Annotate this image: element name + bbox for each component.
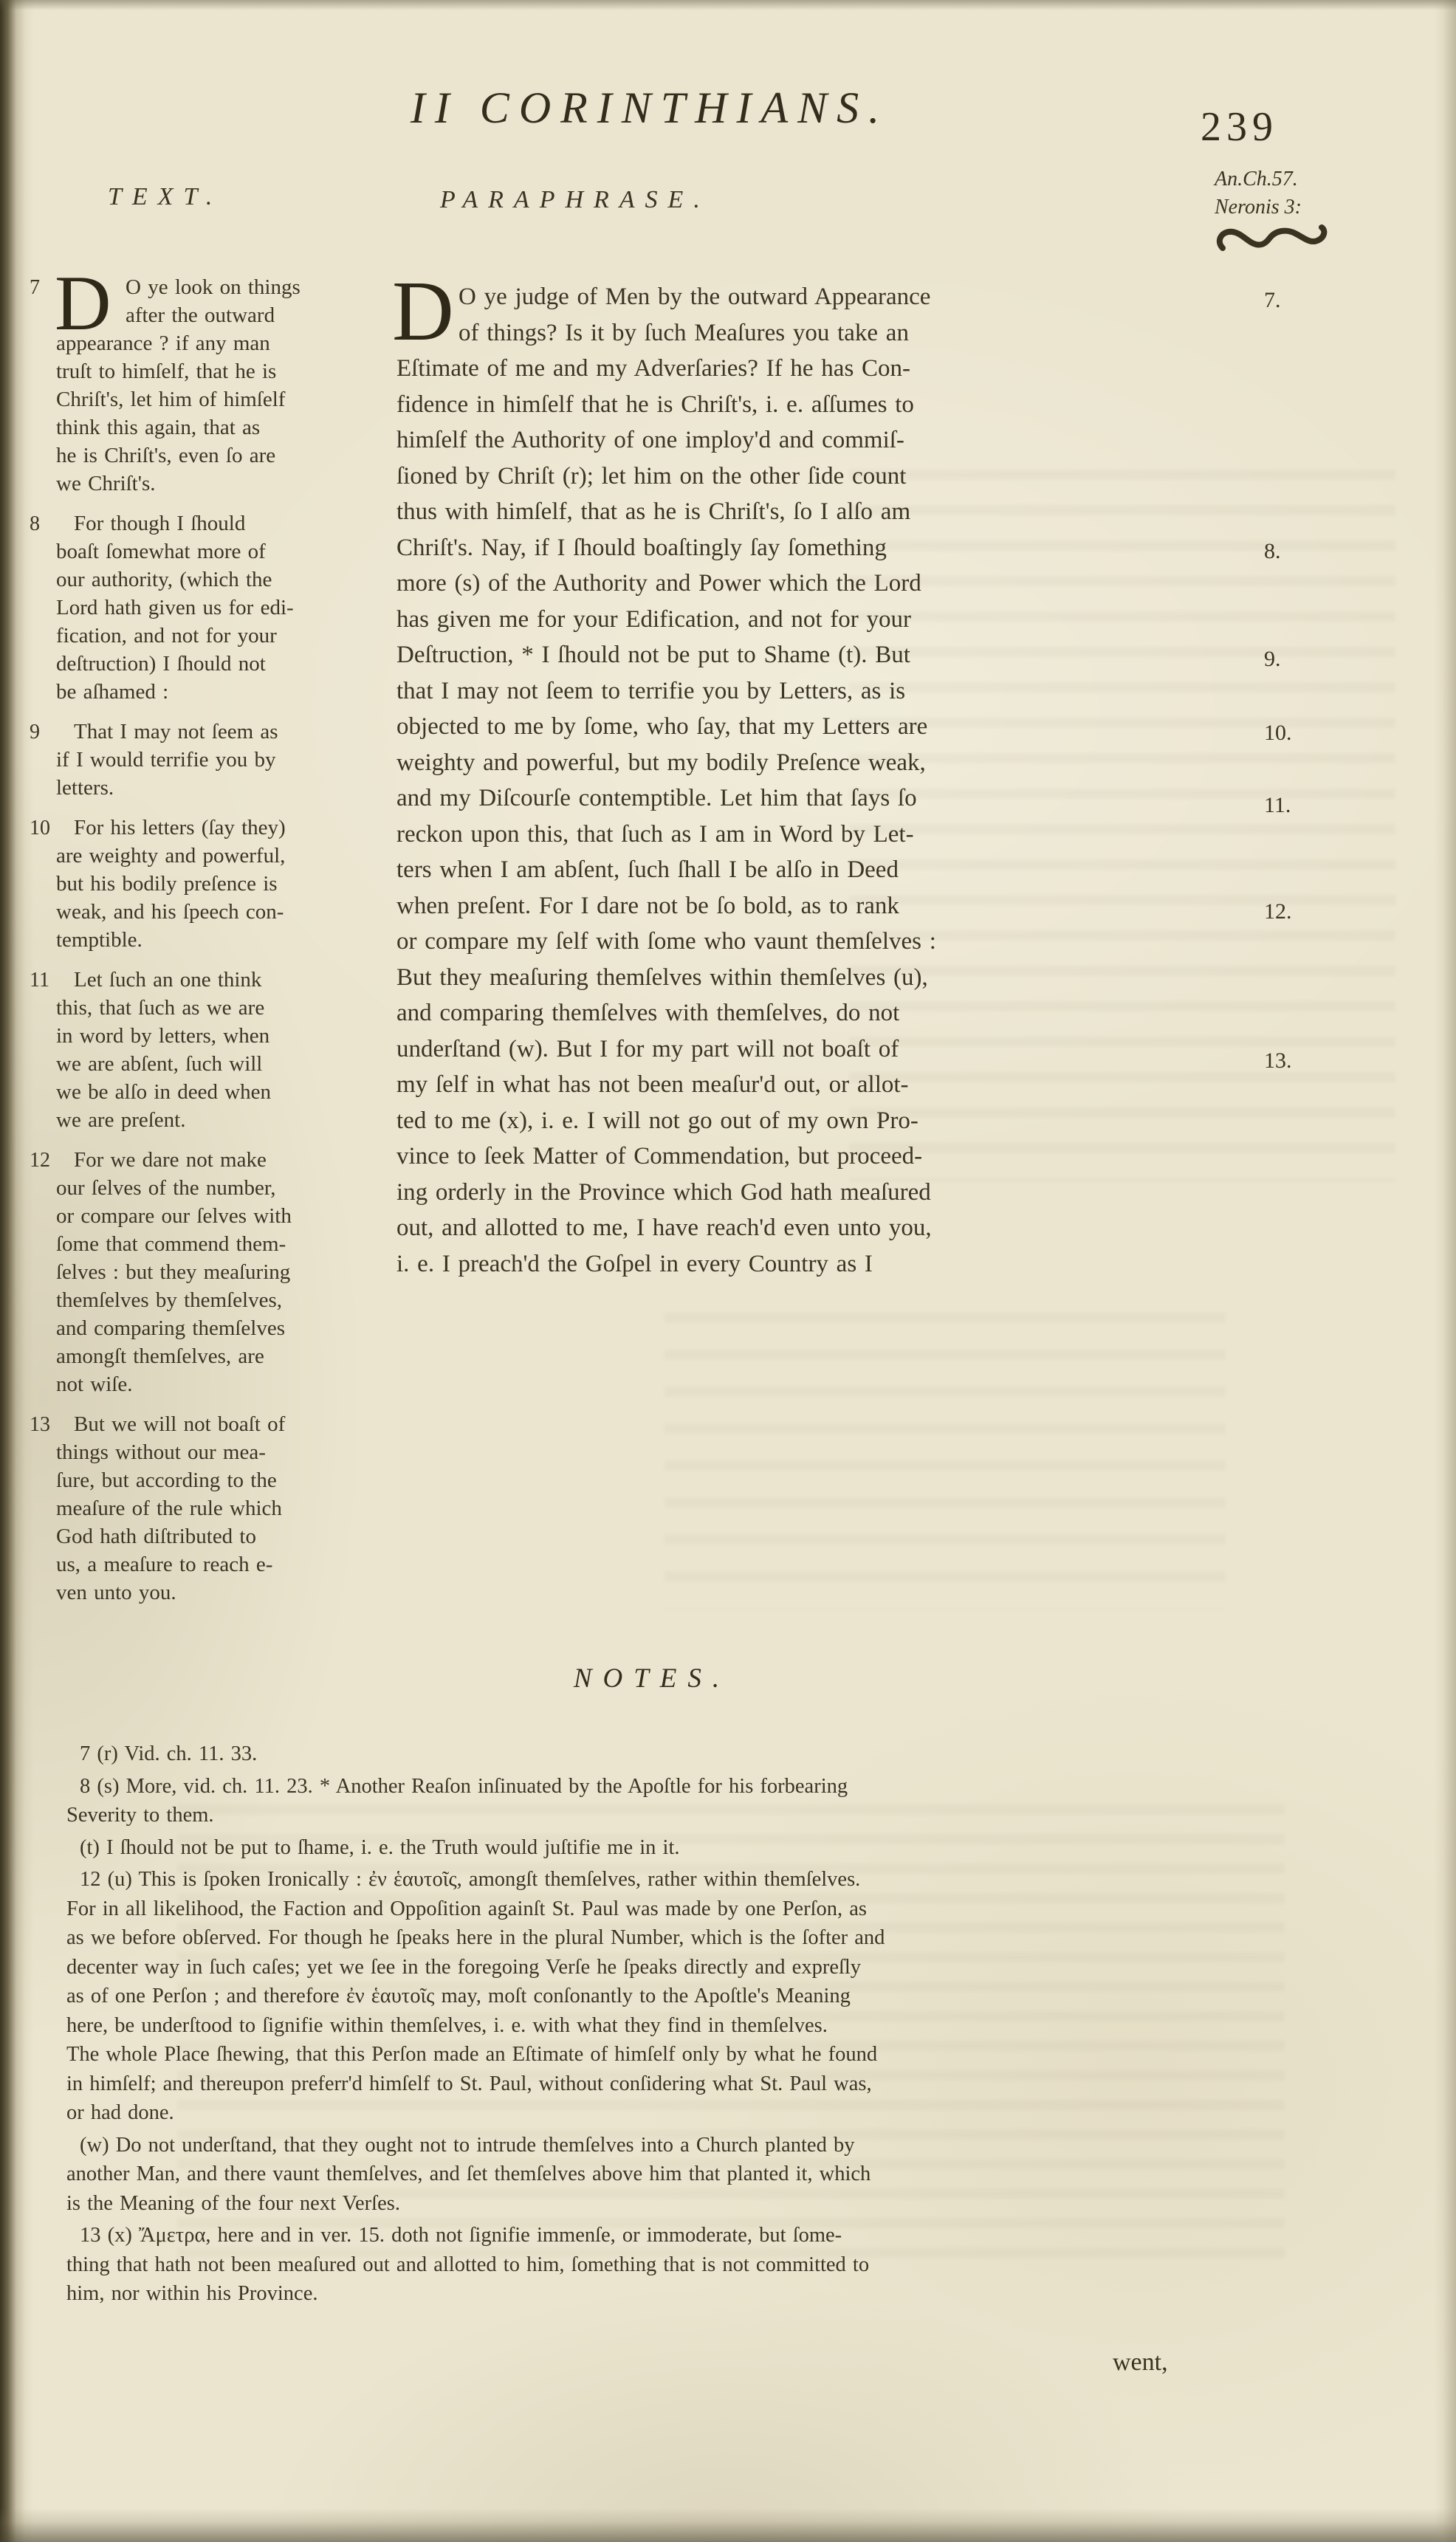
text-line: he is Chriſt's, even ſo are <box>56 442 354 470</box>
verse-10: 10 For his letters (ſay they)are weighty… <box>56 814 354 954</box>
text-line: we be alſo in deed when <box>56 1078 354 1106</box>
text-line: 13 (x) Ἄμετρα, here and in ver. 15. doth… <box>66 2221 1318 2250</box>
note-lines: (t) I ſhould not be put to ſhame, i. e. … <box>66 1833 1318 1863</box>
text-line: my ſelf in what has not been meaſur'd ou… <box>396 1067 1142 1103</box>
text-line: O ye look on things <box>126 273 354 301</box>
notes-heading: NOTES. <box>504 1663 800 1694</box>
margin-note-line: Neronis 3: <box>1215 193 1302 221</box>
text-line: weighty and powerful, but my bodily Preſ… <box>396 745 1142 781</box>
text-line: we are preſent. <box>56 1106 354 1134</box>
text-line: as of one Perſon ; and therefore ἐν ἑαυτ… <box>66 1982 1318 2011</box>
text-line: that I may not ſeem to terrifie you by L… <box>396 673 1142 710</box>
verse-8: 8 For though I ſhouldboaſt ſomewhat more… <box>56 509 354 706</box>
text-line: Deſtruction, * I ſhould not be put to Sh… <box>396 637 1142 673</box>
note-lines: 7 (r) Vid. ch. 11. 33. <box>66 1739 1318 1769</box>
paraphrase-column-heading: PARAPHRASE. <box>440 186 710 214</box>
verse-lines: For his letters (ſay they)are weighty an… <box>56 814 354 954</box>
text-line: and my Diſcourſe contemptible. Let him t… <box>396 780 1142 817</box>
verse-11: 11 Let ſuch an one thinkthis, that ſuch … <box>56 966 354 1134</box>
verse-9: 9 That I may not ſeem asif I would terri… <box>56 718 354 802</box>
text-line: 8 (s) More, vid. ch. 11. 23. * Another R… <box>66 1772 1318 1801</box>
text-line: us, a meaſure to reach e- <box>56 1550 354 1579</box>
text-line: another Man, and there vaunt themſelves,… <box>66 2160 1318 2189</box>
text-line: or had done. <box>66 2098 1318 2128</box>
text-line: For we dare not make <box>56 1146 354 1174</box>
text-line: Severity to them. <box>66 1801 1318 1830</box>
verse-lines: For we dare not makeour ſelves of the nu… <box>56 1146 354 1398</box>
note-entry-u: 12 (u) This is ſpoken Ironically : ἐν ἑα… <box>66 1865 1318 2128</box>
text-line: themſelves by themſelves, <box>56 1286 354 1314</box>
text-line: For though I ſhould <box>56 509 354 537</box>
text-line: himſelf the Authority of one imploy'd an… <box>396 422 1142 458</box>
margin-verse-number: 13. <box>1264 1048 1292 1074</box>
text-line: vince to ſeek Matter of Commendation, bu… <box>396 1138 1142 1175</box>
verse-12: 12 For we dare not makeour ſelves of the… <box>56 1146 354 1398</box>
running-title: II CORINTHIANS. <box>295 83 1004 134</box>
scan-edge-shadow-left <box>0 0 34 2542</box>
text-line: (t) I ſhould not be put to ſhame, i. e. … <box>66 1833 1318 1863</box>
verse-7: 7 D O ye look on thingsafter the outward… <box>56 273 354 498</box>
text-line: more (s) of the Authority and Power whic… <box>396 566 1142 602</box>
text-line: or compare my ſelf with ſome who vaunt t… <box>396 924 1142 960</box>
text-line: of things? Is it by ſuch Meaſures you ta… <box>459 315 1142 351</box>
text-line: in word by letters, when <box>56 1022 354 1050</box>
text-line: ing orderly in the Province which God ha… <box>396 1175 1142 1211</box>
text-line: God hath diſtributed to <box>56 1522 354 1550</box>
text-line: But we will not boaſt of <box>56 1410 354 1438</box>
note-lines: 8 (s) More, vid. ch. 11. 23. * Another R… <box>66 1772 1318 1830</box>
text-line: temptible. <box>56 926 354 954</box>
flourish-squiggle-icon <box>1215 221 1330 255</box>
scan-edge-shadow-top <box>0 0 1456 10</box>
text-line: our authority, (which the <box>56 566 354 594</box>
scan-edge-shadow-right <box>1434 0 1456 2542</box>
note-entry-x: 13 (x) Ἄμετρα, here and in ver. 15. doth… <box>66 2221 1318 2309</box>
note-lines: 12 (u) This is ſpoken Ironically : ἐν ἑα… <box>66 1865 1318 2128</box>
paraphrase-lines: O ye judge of Men by the outward Appeara… <box>396 279 1142 1282</box>
text-line: be aſhamed : <box>56 678 354 706</box>
text-line: things without our mea- <box>56 1438 354 1466</box>
text-line: we Chriſt's. <box>56 470 354 498</box>
book-page-scan: II CORINTHIANS. 239 An.Ch.57. Neronis 3:… <box>0 0 1456 2542</box>
text-line: ted to me (x), i. e. I will not go out o… <box>396 1103 1142 1139</box>
text-column-heading: TEXT. <box>108 183 222 211</box>
note-entry-t: (t) I ſhould not be put to ſhame, i. e. … <box>66 1833 1318 1863</box>
drop-cap: D <box>392 281 454 343</box>
note-entry-w: (w) Do not underſtand, that they ought n… <box>66 2131 1318 2219</box>
text-line: decenter way in ſuch caſes; yet we ſee i… <box>66 1953 1318 1982</box>
text-line: Lord hath given us for edi- <box>56 594 354 622</box>
text-line: ters when I am abſent, ſuch ſhall I be a… <box>396 852 1142 888</box>
verse-lines: But we will not boaſt ofthings without o… <box>56 1410 354 1607</box>
text-line: is the Meaning of the four next Verſes. <box>66 2189 1318 2219</box>
text-line: Let ſuch an one think <box>56 966 354 994</box>
text-line: has given me for your Edification, and n… <box>396 602 1142 638</box>
text-line: boaſt ſomewhat more of <box>56 537 354 566</box>
scan-edge-shadow-bottom <box>0 2508 1456 2542</box>
text-line: out, and allotted to me, I have reach'd … <box>396 1210 1142 1246</box>
bleed-through-texture <box>665 1299 1226 1610</box>
verse-lines: Let ſuch an one thinkthis, that ſuch as … <box>56 966 354 1134</box>
note-entry-s: 8 (s) More, vid. ch. 11. 23. * Another R… <box>66 1772 1318 1830</box>
text-line: him, nor within his Province. <box>66 2279 1318 2309</box>
text-line: or compare our ſelves with <box>56 1202 354 1230</box>
text-line: underſtand (w). But I for my part will n… <box>396 1031 1142 1068</box>
text-line: as we before obſerved. For though he ſpe… <box>66 1923 1318 1953</box>
text-line: ſome that commend them- <box>56 1230 354 1258</box>
text-line: thing that hath not been meaſured out an… <box>66 2250 1318 2280</box>
text-line: 7 (r) Vid. ch. 11. 33. <box>66 1739 1318 1769</box>
margin-verse-number: 7. <box>1264 288 1281 313</box>
text-line: after the outward <box>126 301 354 329</box>
scripture-text-column: 7 D O ye look on thingsafter the outward… <box>56 273 354 1618</box>
text-line: meaſure of the rule which <box>56 1494 354 1522</box>
text-line: deſtruction) I ſhould not <box>56 650 354 678</box>
text-line: The whole Place ſhewing, that this Perſo… <box>66 2040 1318 2069</box>
margin-verse-number: 10. <box>1264 721 1292 746</box>
text-line: thus with himſelf, that as he is Chriſt'… <box>396 494 1142 530</box>
page-number: 239 <box>1201 103 1278 151</box>
text-line: But they meaſuring themſelves within the… <box>396 960 1142 996</box>
text-line: For in all likelihood, the Faction and O… <box>66 1895 1318 1924</box>
verse-13: 13 But we will not boaſt ofthings withou… <box>56 1410 354 1607</box>
margin-verse-number: 8. <box>1264 539 1281 564</box>
text-line: our ſelves of the number, <box>56 1174 354 1202</box>
verse-lines: For though I ſhouldboaſt ſomewhat more o… <box>56 509 354 706</box>
text-line: truſt to himſelf, that he is <box>56 357 354 385</box>
catchword: went, <box>1113 2349 1168 2377</box>
text-line: reckon upon this, that ſuch as I am in W… <box>396 817 1142 853</box>
text-line: when preſent. For I dare not be ſo bold,… <box>396 888 1142 924</box>
verse-lines: That I may not ſeem asif I would terrifi… <box>56 718 354 802</box>
text-line: are weighty and powerful, <box>56 842 354 870</box>
text-line: weak, and his ſpeech con- <box>56 898 354 926</box>
text-line: ſelves : but they meaſuring <box>56 1258 354 1286</box>
margin-note-line: An.Ch.57. <box>1215 165 1302 193</box>
text-line: think this again, that as <box>56 413 354 442</box>
text-line: not wiſe. <box>56 1370 354 1398</box>
text-line: i. e. I preach'd the Goſpel in every Cou… <box>396 1246 1142 1282</box>
paraphrase-column: D O ye judge of Men by the outward Appea… <box>396 279 1142 1282</box>
text-line: here, be underſtood to ſignifie within t… <box>66 2011 1318 2041</box>
text-line: we are abſent, ſuch will <box>56 1050 354 1078</box>
date-margin-note: An.Ch.57. Neronis 3: <box>1215 165 1302 221</box>
text-line: fidence in himſelf that he is Chriſt's, … <box>396 387 1142 423</box>
margin-verse-number: 12. <box>1264 899 1292 924</box>
text-line: and comparing themſelves <box>56 1314 354 1342</box>
note-lines: (w) Do not underſtand, that they ought n… <box>66 2131 1318 2219</box>
note-lines: 13 (x) Ἄμετρα, here and in ver. 15. doth… <box>66 2221 1318 2309</box>
text-line: if I would terrifie you by <box>56 746 354 774</box>
text-line: amongſt themſelves, are <box>56 1342 354 1370</box>
text-line: but his bodily preſence is <box>56 870 354 898</box>
text-line: ſioned by Chriſt (r); let him on the oth… <box>396 458 1142 495</box>
text-line: objected to me by ſome, who ſay, that my… <box>396 709 1142 745</box>
drop-cap: D <box>55 276 111 331</box>
text-line: Chriſt's, let him of himſelf <box>56 385 354 413</box>
text-line: For his letters (ſay they) <box>56 814 354 842</box>
text-line: Chriſt's. Nay, if I ſhould boaſtingly ſa… <box>396 530 1142 566</box>
text-line: 12 (u) This is ſpoken Ironically : ἐν ἑα… <box>66 1865 1318 1895</box>
margin-verse-number: 9. <box>1264 647 1281 672</box>
text-line: That I may not ſeem as <box>56 718 354 746</box>
text-line: this, that ſuch as we are <box>56 994 354 1022</box>
text-line: in himſelf; and thereupon preferr'd himſ… <box>66 2069 1318 2099</box>
text-line: and comparing themſelves with themſelves… <box>396 995 1142 1031</box>
text-line: Eſtimate of me and my Adverſaries? If he… <box>396 351 1142 387</box>
note-entry-r: 7 (r) Vid. ch. 11. 33. <box>66 1739 1318 1769</box>
text-line: ſure, but according to the <box>56 1466 354 1494</box>
margin-verse-number: 11. <box>1264 793 1291 818</box>
text-line: ven unto you. <box>56 1579 354 1607</box>
text-line: fication, and not for your <box>56 622 354 650</box>
text-line: letters. <box>56 774 354 802</box>
text-line: (w) Do not underſtand, that they ought n… <box>66 2131 1318 2160</box>
text-line: O ye judge of Men by the outward Appeara… <box>459 279 1142 315</box>
notes-section: 7 (r) Vid. ch. 11. 33. 8 (s) More, vid. … <box>66 1739 1318 2312</box>
